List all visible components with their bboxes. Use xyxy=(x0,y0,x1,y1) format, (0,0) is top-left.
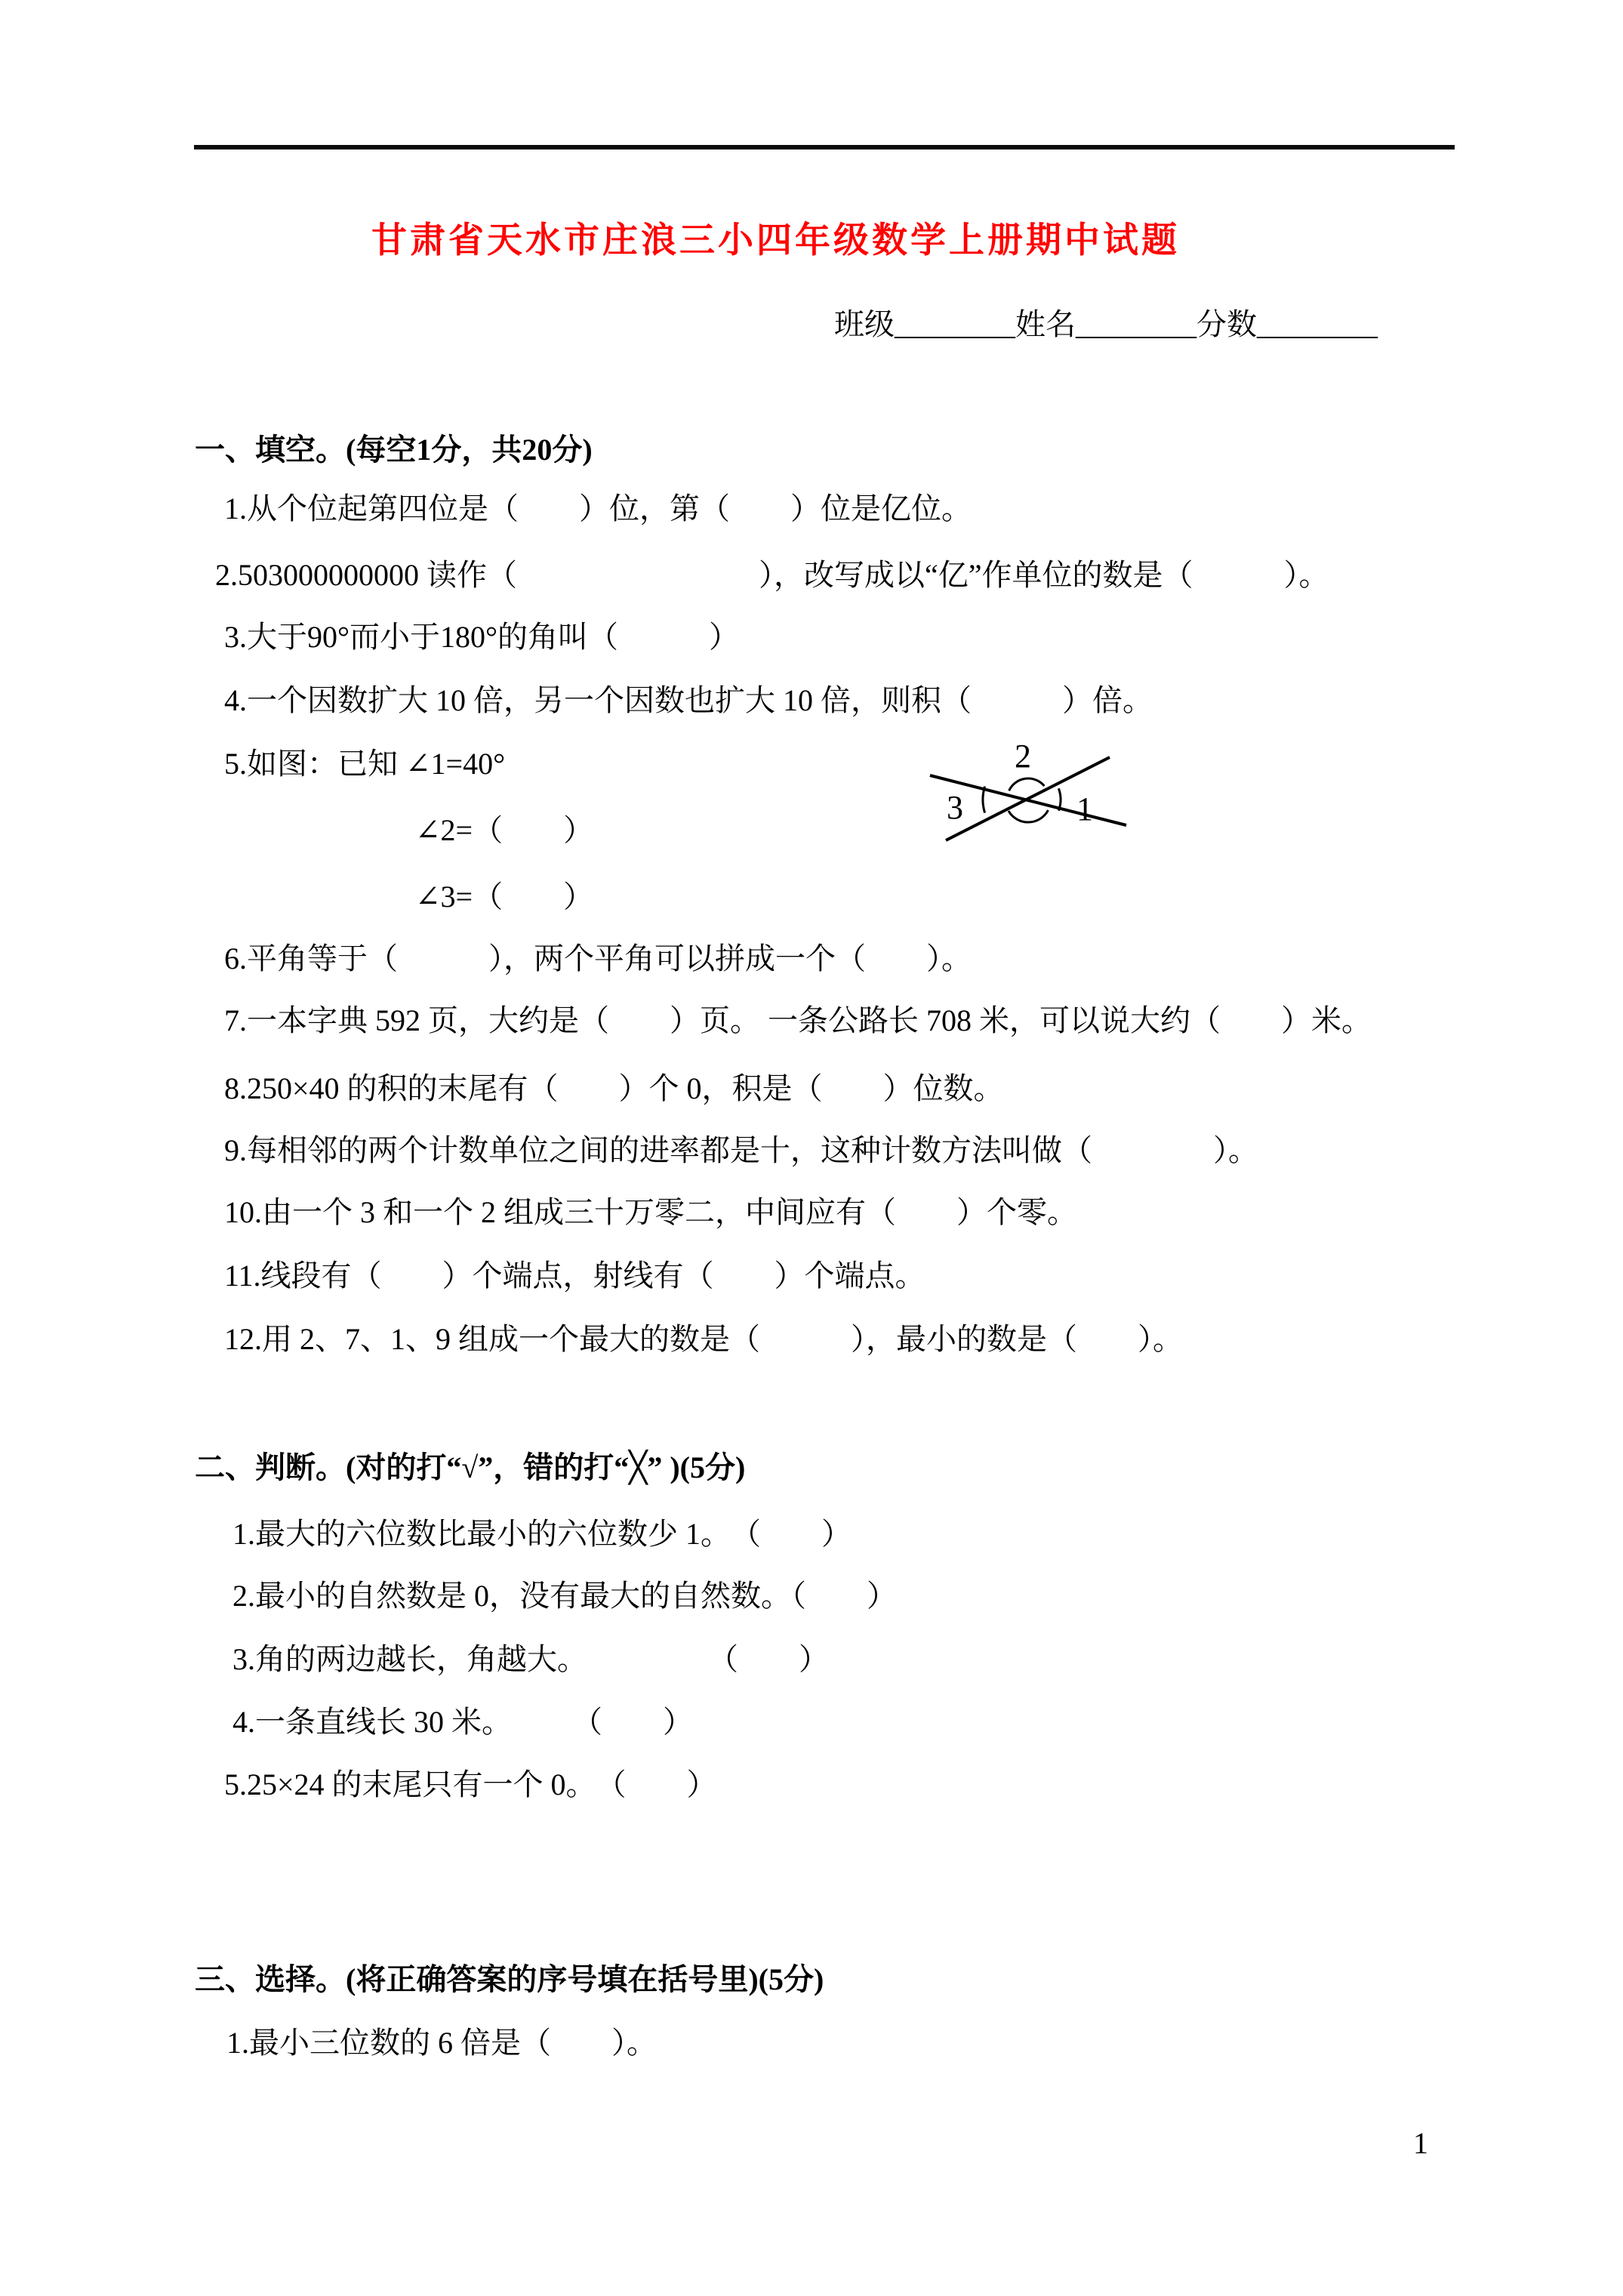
judge-question-2: 2.最小的自然数是 0，没有最大的自然数。（ ） xyxy=(233,1576,897,1616)
figure-angle-label-2: 2 xyxy=(1015,738,1031,775)
figure-angle-label-1: 1 xyxy=(1076,791,1093,827)
fill-question-8: 8.250×40 的积的末尾有（ ）个 0，积是（ ）位数。 xyxy=(224,1069,1004,1108)
fill-question-7: 7.一本字典 592 页，大约是（ ）页。 一条公路长 708 米，可以说大约（… xyxy=(224,1001,1372,1040)
header-rule xyxy=(194,145,1455,149)
fill-question-9: 9.每相邻的两个计数单位之间的进率都是十，这种计数方法叫做（ ）。 xyxy=(224,1131,1258,1170)
fill-question-2: 2.503000000000 读作（ ），改写成以“亿”作单位的数是（ ）。 xyxy=(215,556,1329,595)
figure-arc-right xyxy=(1058,788,1061,810)
figure-arc-top xyxy=(1009,778,1045,791)
judge-question-3: 3.角的两边越长，角越大。 （ ） xyxy=(233,1640,829,1679)
choice-question-1: 1.最小三位数的 6 倍是（ ）。 xyxy=(226,2023,657,2063)
fill-question-1: 1.从个位起第四位是（ ）位，第（ ）位是亿位。 xyxy=(224,489,972,529)
fill-question-6: 6.平角等于（ ），两个平角可以拼成一个（ ）。 xyxy=(224,939,972,978)
judge-question-5: 5.25×24 的末尾只有一个 0。 （ ） xyxy=(224,1765,717,1804)
fill-question-11: 11.线段有（ ）个端点，射线有（ ）个端点。 xyxy=(224,1256,925,1296)
section-fill-heading: 一、填空。(每空1分，共20分) xyxy=(195,430,593,470)
angle-figure: 2 3 1 xyxy=(917,736,1151,857)
figure-arc-left xyxy=(983,787,985,813)
figure-angle-label-3: 3 xyxy=(947,789,963,826)
fill-question-10: 10.由一个 3 和一个 2 组成三十万零二，中间应有（ ）个零。 xyxy=(224,1193,1077,1232)
fill-question-5: 5.如图：已知 ∠1=40° xyxy=(224,744,505,784)
fill-question-4: 4.一个因数扩大 10 倍，另一个因数也扩大 10 倍，则积（ ）倍。 xyxy=(224,681,1153,720)
exam-page: 甘肃省天水市庄浪三小四年级数学上册期中试题 班级________姓名______… xyxy=(0,0,1623,2296)
fill-question-5-sub-angle2: ∠2=（ ） xyxy=(415,811,593,850)
page-title: 甘肃省天水市庄浪三小四年级数学上册期中试题 xyxy=(371,212,1180,263)
judge-question-4: 4.一条直线长 30 米。 （ ） xyxy=(233,1703,693,1742)
section-judge-heading: 二、判断。(对的打“√”，错的打“╳” )(5分) xyxy=(195,1448,745,1487)
figure-arc-bottom xyxy=(1009,810,1049,822)
page-number: 1 xyxy=(1413,2125,1428,2161)
section-choice-heading: 三、选择。(将正确答案的序号填在括号里)(5分) xyxy=(195,1960,824,1999)
student-info-line: 班级________姓名________分数________ xyxy=(834,305,1378,344)
fill-question-5-sub-angle3: ∠3=（ ） xyxy=(415,877,593,917)
fill-question-12: 12.用 2、7、1、9 组成一个最大的数是（ ），最小的数是（ ）。 xyxy=(224,1320,1183,1359)
judge-question-1: 1.最大的六位数比最小的六位数少 1。 （ ） xyxy=(233,1515,852,1554)
fill-question-3: 3.大于90°而小于180°的角叫（ ） xyxy=(224,618,739,657)
